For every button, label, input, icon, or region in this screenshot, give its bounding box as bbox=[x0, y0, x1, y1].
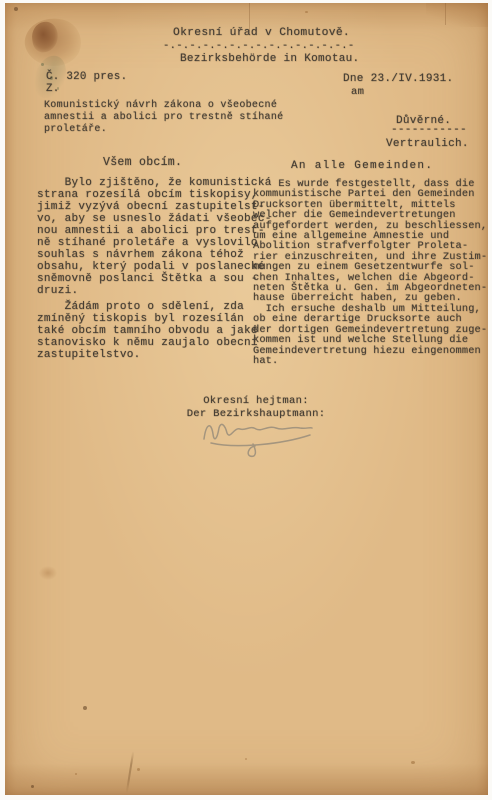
letterhead-divider: -.-.-.-.-.-.-.-.-.-.-.-.-.-.- bbox=[163, 40, 354, 52]
stain-smudge bbox=[39, 566, 57, 580]
date-am-label: am bbox=[351, 86, 364, 98]
date: Dne 23./IV.1931. bbox=[343, 73, 453, 85]
speck bbox=[411, 761, 415, 764]
office-name-cs: Okresní úřad v Chomutově. bbox=[173, 27, 350, 39]
speck bbox=[305, 11, 308, 13]
speck bbox=[83, 706, 87, 710]
subject-cs: Komunistický návrh zákona o všeobecné am… bbox=[44, 100, 283, 136]
body-paragraph-cs-2: Žádám proto o sdělení, zda zmíněný tisko… bbox=[37, 301, 258, 361]
reference-line2: Z. bbox=[46, 83, 60, 95]
speck bbox=[137, 768, 140, 771]
office-name-de: Bezirksbehörde in Komotau. bbox=[180, 53, 359, 65]
body-paragraph-de: Es wurde festgestellt, dass die kommunis… bbox=[253, 179, 487, 366]
confidential-de: Vertraulich. bbox=[386, 138, 469, 150]
handwritten-signature bbox=[197, 415, 319, 459]
speck bbox=[14, 7, 18, 11]
corner-shade bbox=[426, 3, 488, 27]
salutation-de: An alle Gemeinden. bbox=[291, 160, 433, 172]
paper-crack bbox=[126, 751, 134, 793]
confidential-divider: ----------- bbox=[391, 124, 467, 136]
signature-title-cs: Okresní hejtman: bbox=[185, 395, 327, 408]
salutation-cs: Všem obcím. bbox=[103, 156, 182, 169]
speck bbox=[31, 785, 34, 788]
speck bbox=[245, 758, 247, 760]
speck bbox=[41, 63, 44, 66]
body-paragraph-cs-1: Bylo zjištěno, že komunistická strana ro… bbox=[37, 177, 272, 297]
speck bbox=[75, 773, 77, 775]
document-paper: Okresní úřad v Chomutově. -.-.-.-.-.-.-.… bbox=[5, 3, 488, 795]
reference-number: Č. 320 pres. bbox=[46, 71, 127, 83]
